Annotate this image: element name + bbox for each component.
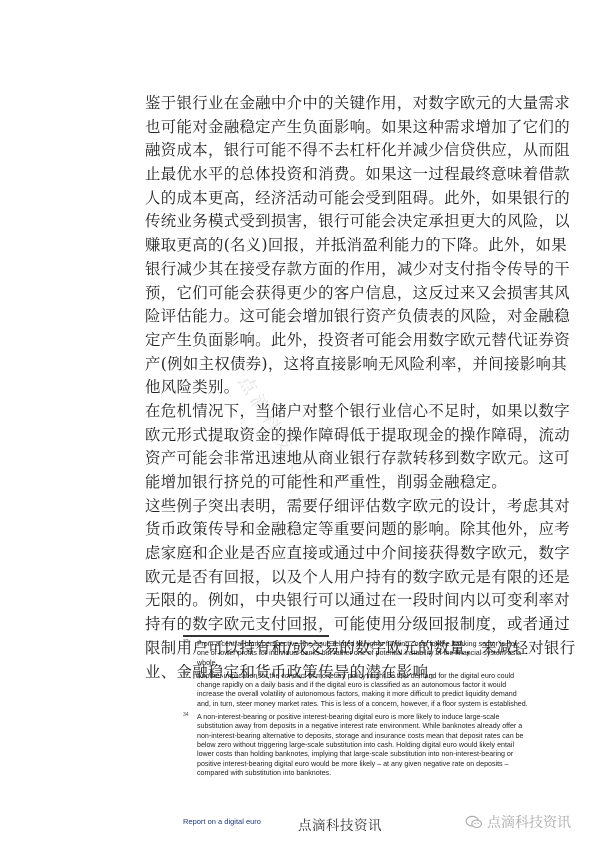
body-line: 资产可能会非常迅速地从商业银行存款转移到数字欧元。这可: [145, 447, 545, 471]
body-line: 也可能对金融稳定产生负面影响。如果这种需求增加了它们的: [145, 116, 545, 140]
footnote-number: 34: [183, 711, 189, 720]
footnote-line: positive interest-bearing digital euro w…: [197, 760, 568, 769]
body-line: 银行减少其在接受存款方面的作用，减少对支付指令传导的干: [145, 258, 545, 282]
document-page: 点滴科技资讯 鉴于银行业在金融中介中的关键作用，对数字欧元的大量需求也可能对金融…: [0, 0, 600, 849]
body-line: 定产生负面影响。此外，投资者可能会用数字欧元替代证券资: [145, 329, 545, 353]
body-line: 止最优水平的总体投资和消费。如果这一过程最终意味着借款: [145, 163, 545, 187]
footer-center-label: 点滴科技资讯: [298, 814, 382, 834]
footnote-line: increase the overall volatility of auton…: [197, 690, 568, 699]
footnote-line: whole.: [197, 659, 568, 668]
footnote-line: compared with substitution into banknote…: [197, 769, 568, 778]
body-line: 他风险类别。: [145, 376, 545, 400]
footnote-line: A non-interest-bearing or positive inter…: [197, 713, 568, 722]
footnote-line: and, in turn, steer money market rates. …: [197, 700, 568, 709]
body-line: 融资成本，银行可能不得不去杠杆化并减少信贷供应，从而阻: [145, 139, 545, 163]
body-line: 传统业务模式受到损害，银行可能会决定承担更大的风险，以: [145, 210, 545, 234]
footnote-34: 34A non-interest-bearing or positive int…: [183, 713, 568, 778]
footnote-32: 32From a central bank perspective, the i…: [183, 640, 568, 668]
body-line: 欧元是否有回报，以及个人用户持有的数字欧元是有限的还是: [145, 566, 545, 590]
footnote-line: lower costs than holding banknotes, impl…: [197, 750, 568, 759]
footnote-line: below zero without triggering large-scal…: [197, 741, 568, 750]
body-line: 能增加银行挤兑的可能性和严重性，削弱金融稳定。: [145, 471, 545, 495]
footer-right-label: 点滴科技资讯: [487, 812, 571, 832]
body-line: 赚取更高的(名义)回报，并抵消盈利能力的下降。此外，如果: [145, 234, 545, 258]
body-line: 鉴于银行业在金融中介中的关键作用，对数字欧元的大量需求: [145, 92, 545, 116]
body-line: 在危机情况下，当储户对整个银行业信心不足时，如果以数字: [145, 400, 545, 424]
body-line: 产(例如主权债券)，这将直接影响无风险利率，并间接影响其: [145, 353, 545, 377]
body-line: 持有的数字欧元支付回报，可能使用分级回报制度，或者通过: [145, 613, 545, 637]
body-line: 预，它们可能会获得更少的客户信息，这反过来又会损害其风: [145, 282, 545, 306]
footnote-line: non-interest-bearing alternative to depo…: [197, 732, 568, 741]
footnote-line: Another implication for the conduct of m…: [197, 672, 568, 681]
footnote-number: 33: [183, 670, 189, 679]
body-line: 货币政策传导和金融稳定等重要问题的影响。除其他外，应考: [145, 518, 545, 542]
footnote-line: substitution away from deposits in a neg…: [197, 722, 568, 731]
footer-right-brand: 点滴科技资讯: [465, 812, 571, 832]
footnotes: 32From a central bank perspective, the i…: [183, 640, 568, 782]
footnote-line: From a central bank perspective, the iss…: [197, 640, 568, 649]
body-text: 鉴于银行业在金融中介中的关键作用，对数字欧元的大量需求也可能对金融稳定产生负面影…: [145, 92, 545, 684]
body-line: 人的成本更高，经济活动可能会受到阻碍。此外，如果银行的: [145, 187, 545, 211]
wechat-icon: [465, 815, 483, 829]
body-line: 无限的。例如，中央银行可以通过在一段时间内以可变利率对: [145, 589, 545, 613]
footnote-divider: [183, 635, 329, 637]
body-line: 虑家庭和企业是否应直接或通过中介间接获得数字欧元，数字: [145, 542, 545, 566]
footnote-33: 33Another implication for the conduct of…: [183, 672, 568, 709]
footnote-line: one of lower profits for individual bank…: [197, 649, 568, 658]
body-line: 欧元形式提取资金的操作障碍低于提取现金的操作障碍，流动: [145, 424, 545, 448]
footer-report-title: Report on a digital euro: [183, 817, 261, 826]
footnote-line: change rapidly on a daily basis and if t…: [197, 681, 568, 690]
body-line: 这些例子突出表明，需要仔细评估数字欧元的设计，考虑其对: [145, 495, 545, 519]
footnote-number: 32: [183, 638, 189, 647]
body-line: 险评估能力。这可能会增加银行资产负债表的风险，对金融稳: [145, 305, 545, 329]
